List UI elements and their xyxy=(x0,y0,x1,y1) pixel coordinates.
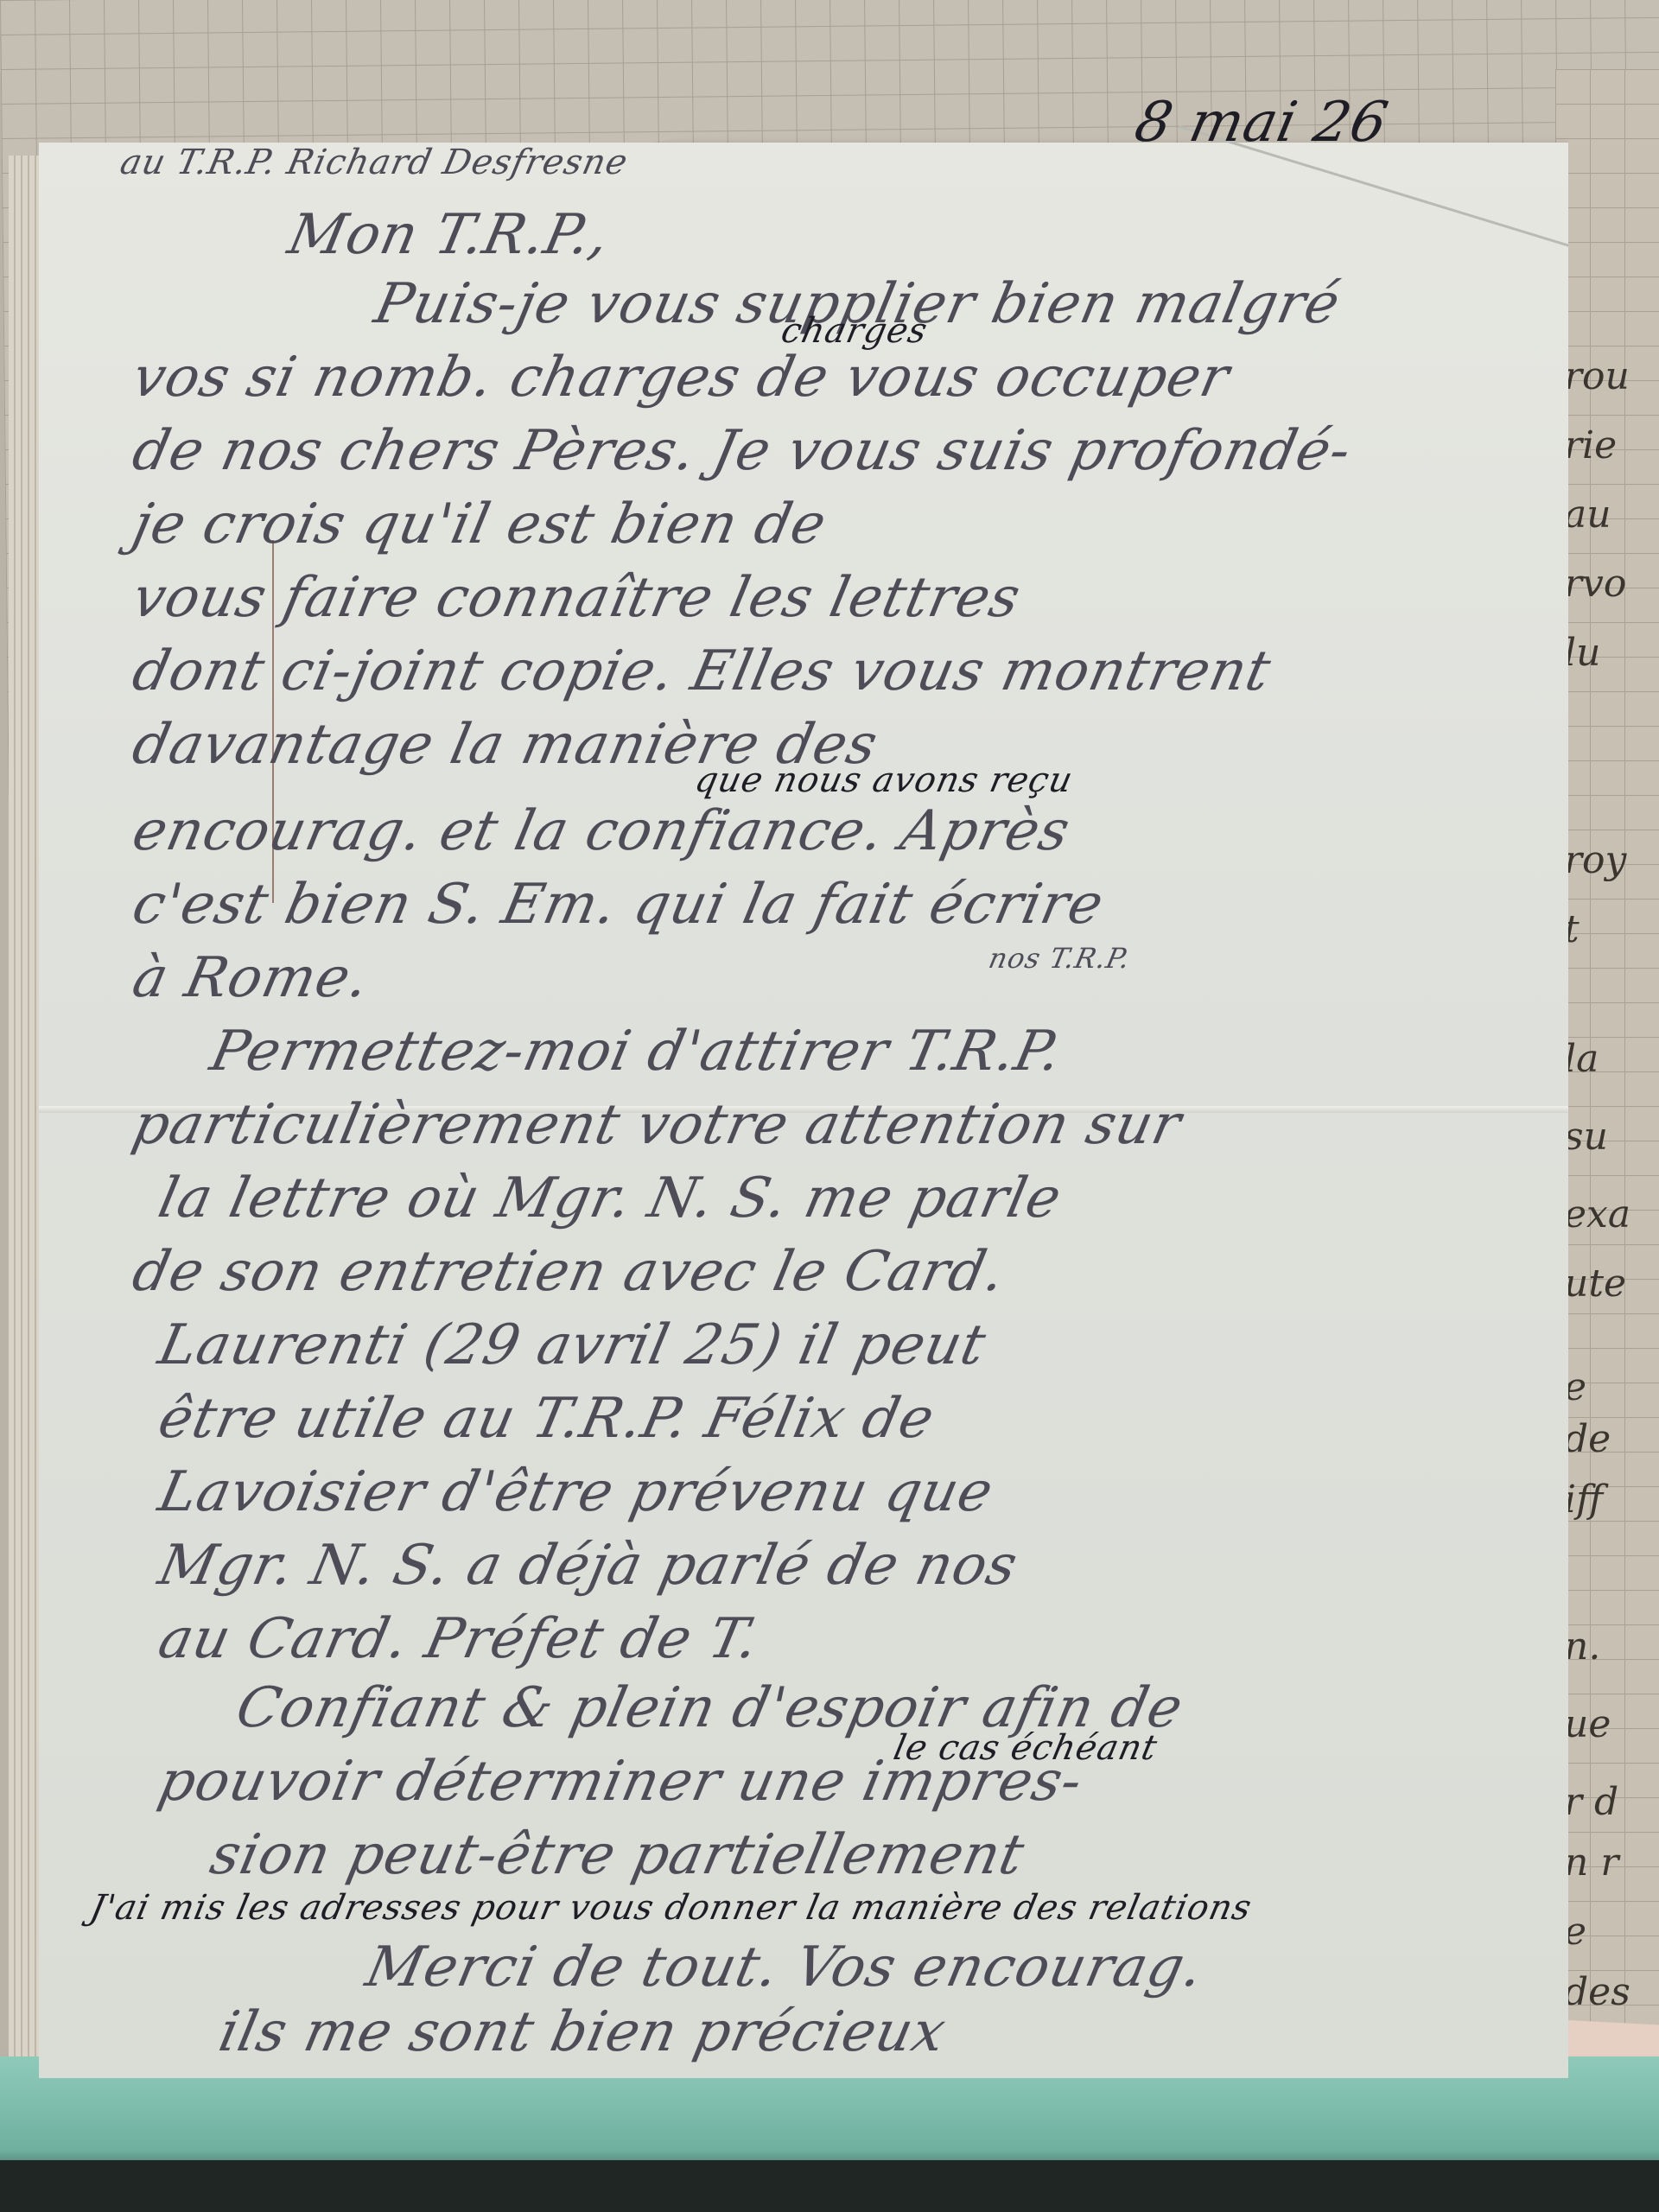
handwritten-letter: 8 mai 26 au T.R.P. Richard Desfresne Mon… xyxy=(39,143,1568,2078)
adjacent-page-text: r d xyxy=(1564,1780,1618,1824)
letter-line: sion peut-être partiellement xyxy=(205,1823,1030,1887)
adjacent-page-text: roy xyxy=(1564,838,1626,882)
letter-line: vos si nomb. charges de vous occuper xyxy=(127,346,1235,410)
adjacent-page-text: rvo xyxy=(1564,562,1626,606)
letter-line: à Rome. xyxy=(127,946,375,1010)
adjacent-page-text: n. xyxy=(1564,1624,1600,1669)
letter-line: Merci de tout. Vos encourag. xyxy=(360,1935,1209,1999)
adjacent-page: rou rie au rvo lu roy t la su exa ute e … xyxy=(1555,69,1659,2091)
adjacent-page-text: rie xyxy=(1564,423,1617,467)
letter-line: de nos chers Pères. Je vous suis profond… xyxy=(127,419,1357,483)
adjacent-page-text: ue xyxy=(1564,1702,1611,1746)
adjacent-page-text: lu xyxy=(1564,631,1600,675)
letter-line: Permettez-moi d'attirer T.R.P. xyxy=(205,1020,1067,1084)
letter-line: c'est bien S. Em. qui la fait écrire xyxy=(127,873,1109,937)
insertion: que nous avons reçu xyxy=(691,760,1077,800)
adjacent-page-text: ute xyxy=(1564,1262,1626,1306)
adjacent-page-text: des xyxy=(1564,1970,1630,2014)
insertion: nos T.R.P. xyxy=(986,942,1134,975)
desk-surface xyxy=(0,2160,1659,2212)
letter-line: dont ci-joint copie. Elles vous montrent xyxy=(127,639,1276,703)
letter-line: au Card. Préfet de T. xyxy=(153,1607,765,1671)
letter-salutation: Mon T.R.P., xyxy=(283,203,615,267)
letter-line: Lavoisier d'être prévenu que xyxy=(153,1460,999,1524)
adjacent-page-text: rou xyxy=(1564,354,1630,398)
letter-line: vous faire connaître les lettres xyxy=(127,566,1027,630)
letter-line: de son entretien avec le Card. xyxy=(127,1240,1011,1304)
letter-line: particulièrement votre attention sur xyxy=(127,1093,1187,1157)
letter-line: encourag. et la confiance. Après xyxy=(127,799,1076,863)
letter-line: je crois qu'il est bien de xyxy=(127,493,832,556)
letter-line: être utile au T.R.P. Félix de xyxy=(153,1387,940,1451)
adjacent-page-text: n r xyxy=(1564,1840,1618,1885)
letter-line: Laurenti (29 avril 25) il peut xyxy=(153,1313,992,1377)
adjacent-page-text: au xyxy=(1564,493,1611,537)
letter-line: pouvoir déterminer une impres- xyxy=(153,1750,1088,1814)
adjacent-page-text: su xyxy=(1564,1115,1608,1159)
letter-line: ils me sont bien précieux xyxy=(213,2000,951,2064)
adjacent-page-text: exa xyxy=(1564,1192,1630,1236)
adjacent-page-text: iff xyxy=(1564,1478,1603,1522)
letter-addressee: au T.R.P. Richard Desfresne xyxy=(117,143,632,182)
letter-line: Mgr. N. S. a déjà parlé de nos xyxy=(153,1534,1023,1598)
letter-date: 8 mai 26 xyxy=(1129,91,1394,155)
letter-line: la lettre où Mgr. N. S. me parle xyxy=(153,1166,1067,1230)
adjacent-page-text: de xyxy=(1564,1417,1611,1461)
insertion: J'ai mis les adresses pour vous donner l… xyxy=(86,1888,1255,1928)
adjacent-page-text: la xyxy=(1564,1037,1599,1081)
